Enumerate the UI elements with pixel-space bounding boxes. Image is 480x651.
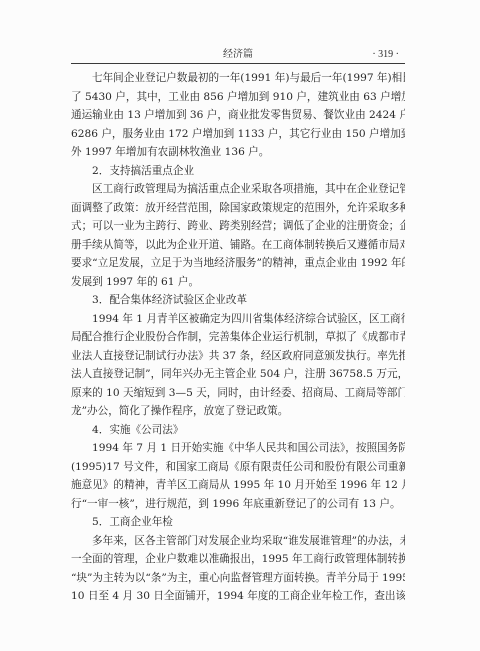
text-line: 法人直接登记制”，同年兴办无主管企业 504 户，注册 36758.5 万元，发… [71, 365, 405, 384]
text-line: 施意见》的精神，青羊区工商局从 1995 年 10 月开始至 1996 年 12… [71, 476, 405, 495]
text-line: 外 1997 年增加有农副林牧渔业 136 户。 [71, 143, 405, 162]
text-line: 10 日至 4 月 30 日全面铺开，1994 年度的工商企业年检工作，查出该年… [71, 587, 405, 606]
text-line: 局配合推行企业股份合作制，完善集体企业运行机制，草拟了《成都市青羊区企 [71, 328, 405, 347]
text-line: (1995)17 号文件，和国家工商局《原有限责任公司和股份有限公司重新登记实 [71, 458, 405, 477]
text-line: 要求“立足发展，立足于为当地经济服务”的精神，重点企业由 1992 年的 52 … [71, 254, 405, 273]
text-line: 区工商行政管理局为搞活重点企业采取各项措施，其中在企业登记管理方 [71, 180, 405, 199]
text-line: 业法人直接登记制试行办法》共 37 条，经区政府同意颁发执行。率先推行“企业 [71, 347, 405, 366]
section-heading: 2．支持搞活重点企业 [71, 162, 405, 181]
document-page: 经济篇 · 319 · 七年间企业登记户数最初的一年(1991 年)与最后一年(… [0, 0, 480, 651]
text-line: 七年间企业登记户数最初的一年(1991 年)与最后一年(1997 年)相比增加 [71, 69, 405, 88]
text-line: 通运输业由 13 户增加到 36 户，商业批发零售贸易、餐饮业由 2424 户增… [71, 106, 405, 125]
body-text: 七年间企业登记户数最初的一年(1991 年)与最后一年(1997 年)相比增加了… [71, 69, 405, 606]
text-line: “块”为主转为以“条”为主，重心向监督管理方面转换。青羊分局于 1995 年 1… [71, 569, 405, 588]
text-line: 册手续从简等，以此为企业开道、铺路。在工商体制转换后又遵循市局对分局的 [71, 236, 405, 255]
text-line: 多年来，区各主管部门对发展企业均采取“谁发展谁管理”的办法，未形成统 [71, 532, 405, 551]
page-number: · 319 · [372, 47, 399, 63]
text-line: 1994 年 7 月 1 日开始实施《中华人民共和国公司法》，按照国务院颁发 [71, 439, 405, 458]
section-heading: 4．实施《公司法》 [71, 421, 405, 440]
text-line: 1994 年 1 月青羊区被确定为四川省集体经济综合试验区，区工商行政管理 [71, 310, 405, 329]
text-line: 龙”办公，简化了操作程序，放宽了登记政策。 [71, 402, 405, 421]
text-line: 一全面的管理，企业户数难以准确报出，1995 年工商行政管理体制转换，将以 [71, 550, 405, 569]
text-line: 行“一审一核”，进行规范，到 1996 年底重新登记了的公司有 13 户。 [71, 495, 405, 514]
header-rule [71, 63, 405, 64]
text-line: 式；可以一业为主跨行、跨业、跨类别经营；调低了企业的注册资金；企业登记注 [71, 217, 405, 236]
running-header: 经济篇 · 319 · [71, 47, 405, 63]
text-line: 发展到 1997 年的 61 户。 [71, 273, 405, 292]
section-title: 经济篇 [71, 47, 405, 63]
text-line: 6286 户，服务业由 172 户增加到 1133 户，其它行业由 150 户增… [71, 125, 405, 144]
text-line: 面调整了政策：放开经营范围，除国家政策规定的范围外，允许采取多种经营形 [71, 199, 405, 218]
section-heading: 5．工商企业年检 [71, 513, 405, 532]
text-line: 原来的 10 天缩短到 3—5 天，同时，由计经委、招商局、工商局等部门实行“一… [71, 384, 405, 403]
section-heading: 3．配合集体经济试验区企业改革 [71, 291, 405, 310]
text-line: 了 5430 户，其中，工业由 856 户增加到 910 户，建筑业由 63 户… [71, 88, 405, 107]
